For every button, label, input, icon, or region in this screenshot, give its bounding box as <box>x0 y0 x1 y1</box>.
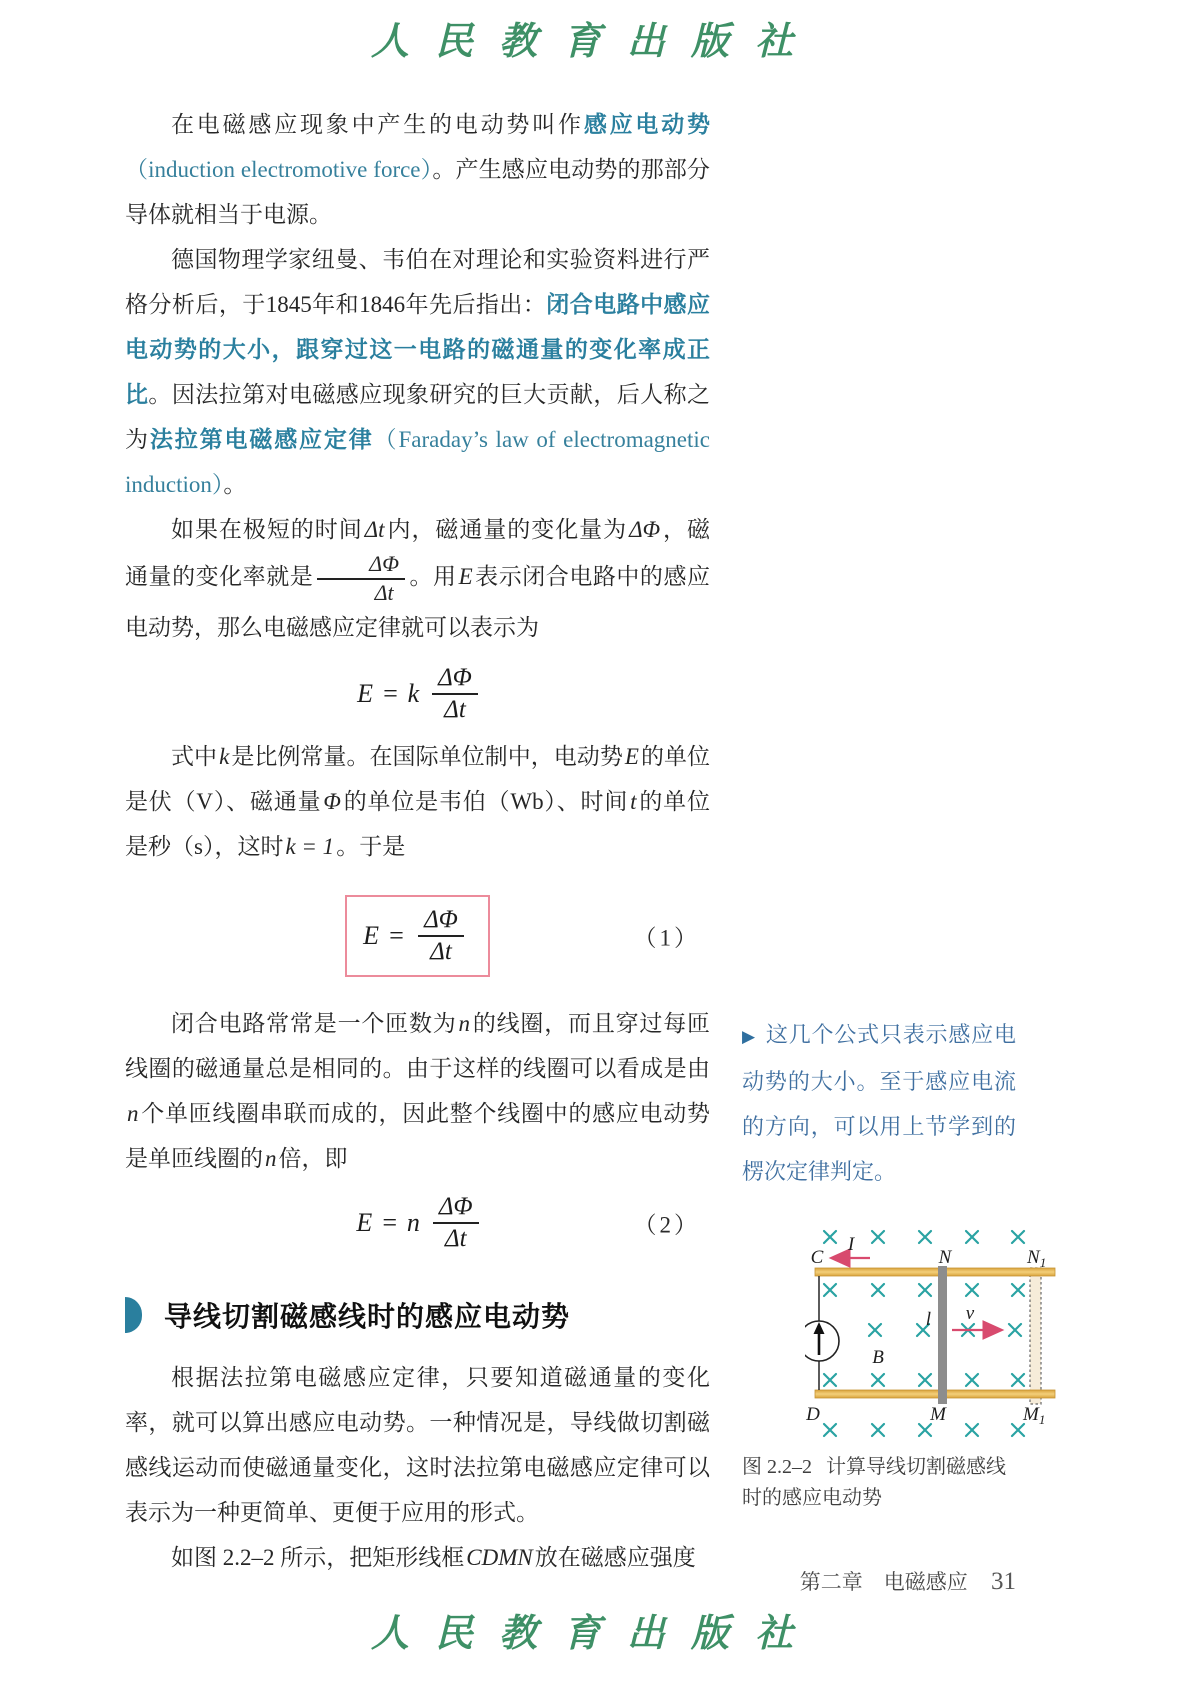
formula-lhs: E = <box>363 921 406 951</box>
text-run: E <box>457 564 475 589</box>
text-run: 感应电动势 <box>584 111 710 137</box>
paragraph: 在电磁感应现象中产生的电动势叫作感应电动势（induction electrom… <box>125 102 710 237</box>
text-run: n <box>125 1101 141 1126</box>
figure-label-n1: N1 <box>1026 1247 1046 1270</box>
rail-top <box>815 1268 1055 1276</box>
figure-label-c: C <box>811 1247 824 1268</box>
text-run: 。用 <box>409 564 457 589</box>
publisher-logo-footer: 人民教育出版社 <box>0 1602 1190 1657</box>
text-run: 如图 2.2–2 所示，把矩形线框 <box>171 1545 464 1570</box>
text-run: 如果在极短的时间 <box>171 517 363 542</box>
section-heading: 导线切割磁感线时的感应电动势 <box>164 1295 570 1335</box>
figure-caption-number: 图 2.2–2 <box>742 1456 812 1478</box>
text-run: Δt <box>363 517 387 542</box>
formula-fraction: ΔΦ Δt <box>433 1193 479 1253</box>
publisher-logo-header: 人民教育出版社 <box>0 10 1190 65</box>
text-run: 式中 <box>171 744 217 769</box>
formula-fraction: ΔΦ Δt <box>432 664 478 724</box>
text-run: 是比例常量。在国际单位制中，电动势 <box>231 744 623 769</box>
text-run: 个单匝线圈串联而成的，因此整个线圈中的感应电动势是单匝线圈的 <box>125 1101 710 1171</box>
main-text-column: 在电磁感应现象中产生的电动势叫作感应电动势（induction electrom… <box>125 102 710 1580</box>
section-heading-row: 导线切割磁感线时的感应电动势 <box>125 1295 710 1335</box>
figure-label-velocity: v <box>966 1303 975 1324</box>
text-run: 。于是 <box>336 834 405 859</box>
formula-box: E = ΔΦ Δt <box>345 895 490 977</box>
inline-fraction: ΔΦΔt <box>317 552 405 605</box>
figure-label-n: N <box>938 1247 953 1268</box>
text-run: 的单位是韦伯（Wb）、时间 <box>343 789 628 814</box>
current-source-icon <box>805 1321 839 1361</box>
text-run: Φ <box>321 789 343 814</box>
paragraph: 如图 2.2–2 所示，把矩形线框CDMN放在磁感应强度 <box>125 1535 710 1580</box>
margin-note: ▶这几个公式只表示感应电动势的大小。至于感应电流的方向，可以用上节学到的楞次定律… <box>742 1012 1016 1194</box>
footer-chapter: 第二章 电磁感应 <box>800 1570 968 1594</box>
text-run: 闭合电路常常是一个匝数为 <box>171 1011 457 1036</box>
margin-note-text: 这几个公式只表示感应电动势的大小。至于感应电流的方向，可以用上节学到的楞次定律判… <box>742 1022 1016 1184</box>
paragraph: 闭合电路常常是一个匝数为n的线圈，而且穿过每匝线圈的磁通量总是相同的。由于这样的… <box>125 1001 710 1181</box>
text-run: 内，磁通量的变化量为 <box>387 517 628 542</box>
circuit-diagram: C N N1 I l v B D M M1 <box>805 1222 1061 1444</box>
paragraph: 式中k是比例常量。在国际单位制中，电动势E的单位是伏（V）、磁通量Φ的单位是韦伯… <box>125 734 710 869</box>
text-run: 。 <box>223 472 246 497</box>
section-bullet-icon <box>125 1297 142 1333</box>
figure-label-m: M <box>929 1404 947 1425</box>
text-run: 法拉第电磁感应定律 <box>150 426 374 452</box>
paragraph: 如果在极短的时间Δt内，磁通量的变化量为ΔΦ，磁通量的变化率就是ΔΦΔt。用E表… <box>125 507 710 650</box>
figure-label-length: l <box>926 1309 931 1330</box>
formula-lhs: E = n <box>356 1208 420 1238</box>
figure-2-2-2: C N N1 I l v B D M M1 <box>805 1222 1061 1444</box>
footer: 第二章 电磁感应 31 <box>742 1566 1016 1596</box>
text-run: 在电磁感应现象中产生的电动势叫作 <box>171 112 584 137</box>
text-run: k <box>217 744 231 769</box>
text-run: （induction electromotive force） <box>125 157 432 182</box>
text-run: n <box>263 1146 279 1171</box>
text-run: E <box>623 744 641 769</box>
text-run: t <box>628 789 638 814</box>
text-run: 根据法拉第电磁感应定律，只要知道磁通量的变化率，就可以算出感应电动势。一种情况是… <box>125 1365 710 1525</box>
text-run: 倍，即 <box>279 1146 348 1171</box>
text-run: 放在磁感应强度 <box>535 1545 696 1570</box>
note-marker-icon: ▶ <box>742 1027 756 1046</box>
text-run: CDMN <box>464 1545 534 1570</box>
figure-label-current: I <box>847 1234 856 1255</box>
text-run: n <box>457 1011 473 1036</box>
formula-2: E = n ΔΦ Δt （2） <box>125 1193 710 1253</box>
formula-e-k: E = k ΔΦ Δt <box>125 664 710 724</box>
paragraph: 根据法拉第电磁感应定律，只要知道磁通量的变化率，就可以算出感应电动势。一种情况是… <box>125 1355 710 1535</box>
formula-fraction: ΔΦ Δt <box>418 906 464 966</box>
figure-caption: 图 2.2–2计算导线切割磁感线时的感应电动势 <box>742 1452 1020 1514</box>
figure-label-d: D <box>805 1404 820 1425</box>
figure-label-m1: M1 <box>1022 1404 1045 1427</box>
formula-lhs: E = k <box>357 679 420 709</box>
textbook-page: 人民教育出版社 在电磁感应现象中产生的电动势叫作感应电动势（induction … <box>0 0 1190 1683</box>
rod-ghost-position <box>1030 1268 1041 1404</box>
rail-bottom <box>815 1390 1055 1398</box>
conductor-rod <box>938 1266 947 1404</box>
field-x-marks <box>824 1231 1024 1436</box>
paragraph: 德国物理学家纽曼、韦伯在对理论和实验资料进行严格分析后，于1845年和1846年… <box>125 237 710 507</box>
figure-label-field: B <box>872 1347 884 1368</box>
formula-1: E = ΔΦ Δt （1） <box>125 895 710 977</box>
equation-number-2: （2） <box>634 1207 701 1240</box>
text-run: ΔΦ <box>627 517 662 542</box>
text-run: k = 1 <box>283 834 336 859</box>
footer-page-number: 31 <box>991 1568 1016 1595</box>
equation-number-1: （1） <box>634 920 701 953</box>
